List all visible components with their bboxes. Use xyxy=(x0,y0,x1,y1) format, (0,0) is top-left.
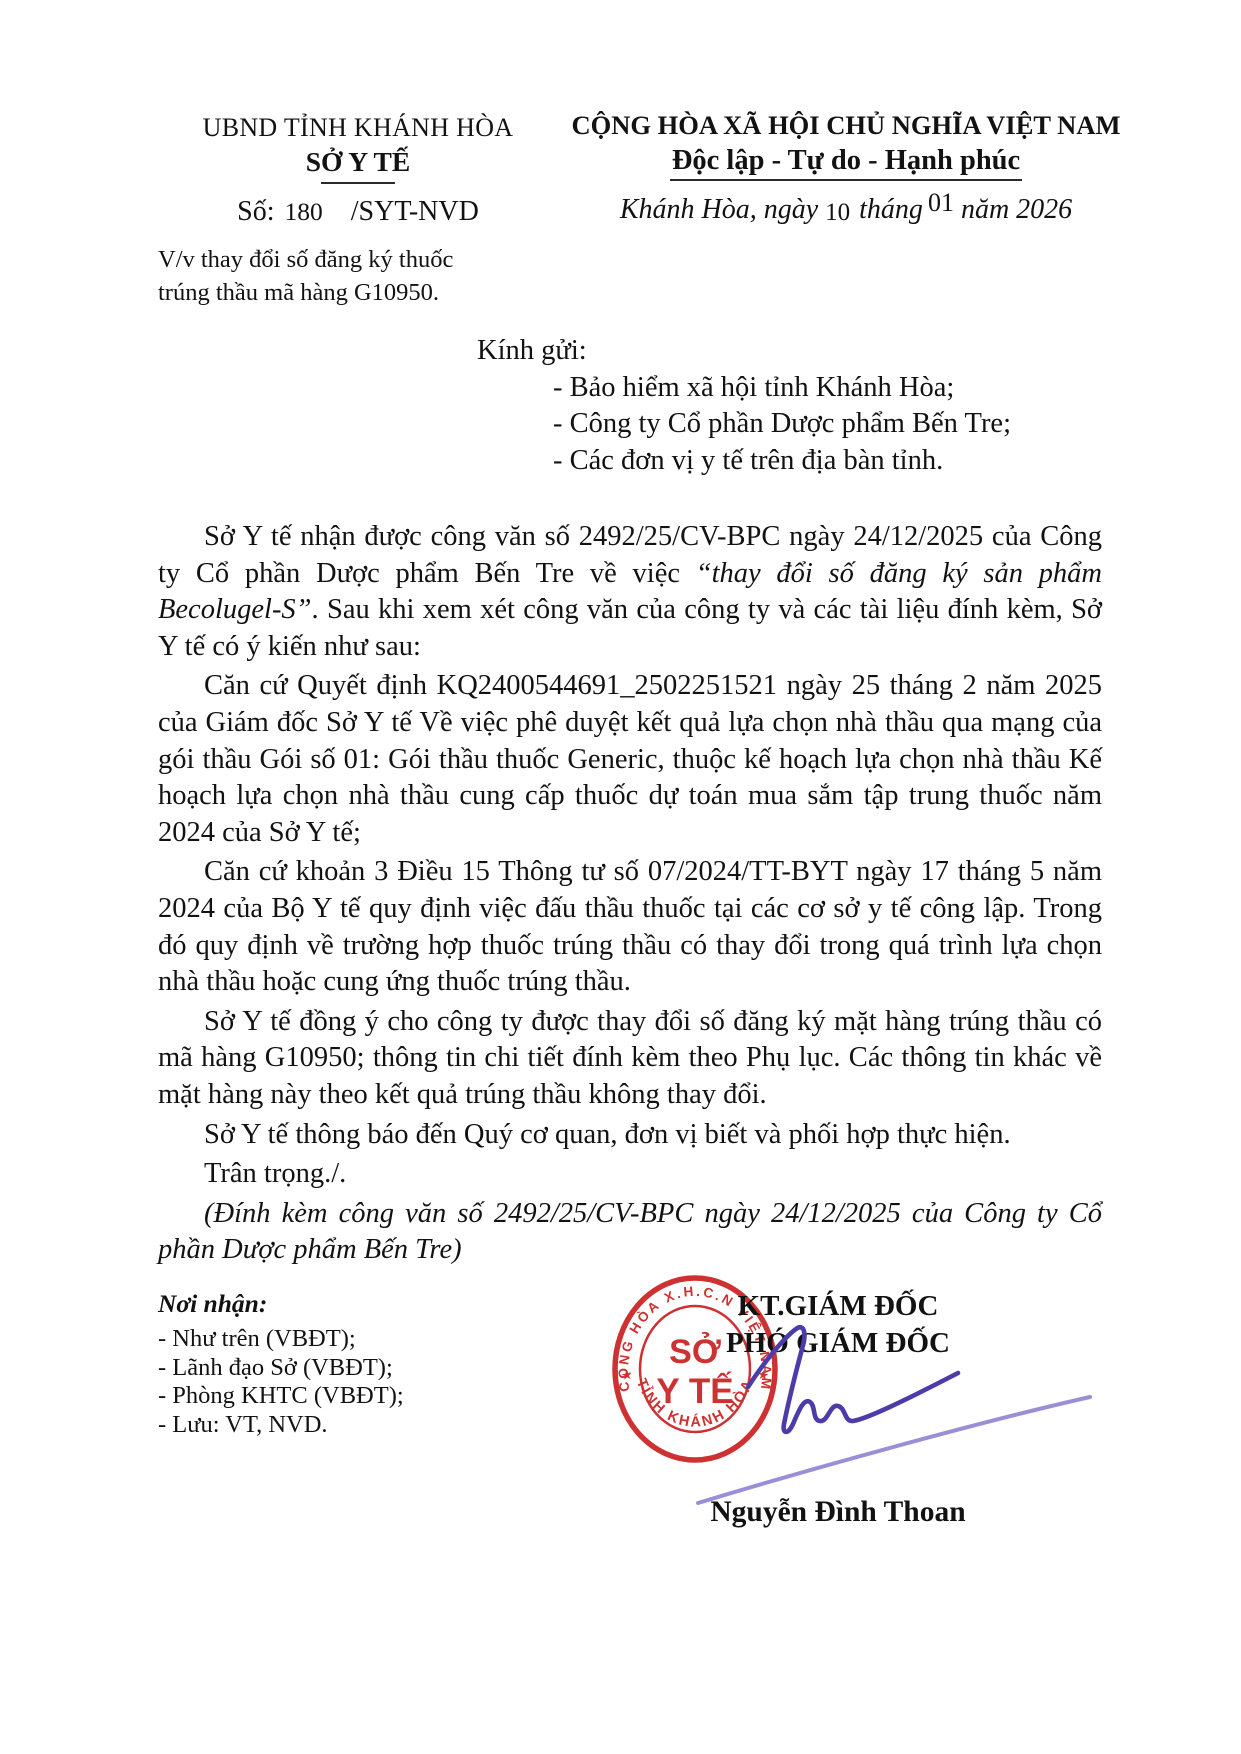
recipients-label: Kính gửi: xyxy=(477,333,1011,370)
letter-body: Sở Y tế nhận được công văn số 2492/25/CV… xyxy=(158,519,1102,1272)
place-date-line: Khánh Hòa, ngày10tháng01năm 2026 xyxy=(563,194,1129,226)
document-number-label: Số: xyxy=(237,196,274,227)
seal-left-star-icon: ★ xyxy=(618,1368,635,1382)
attachment-note: (Đính kèm công văn số 2492/25/CV-BPC ngà… xyxy=(158,1196,1102,1269)
recipient-item: - Các đơn vị y tế trên địa bàn tỉnh. xyxy=(553,443,1011,480)
body-paragraph-4: Sở Y tế đồng ý cho công ty được thay đổi… xyxy=(158,1004,1102,1114)
recipients-list: - Bảo hiểm xã hội tỉnh Khánh Hòa; - Công… xyxy=(553,370,1011,480)
signature-main-stroke xyxy=(748,1327,958,1432)
issuer-block: UBND TỈNH KHÁNH HÒA SỞ Y TẾ Số:180/SYT-N… xyxy=(150,113,566,228)
body-paragraph-2: Căn cứ Quyết định KQ2400544691_250225152… xyxy=(158,668,1102,851)
distribution-item: - Lưu: VT, NVD. xyxy=(158,1411,488,1440)
distribution-item: - Lãnh đạo Sở (VBĐT); xyxy=(158,1354,488,1383)
signature-flourish-stroke xyxy=(698,1397,1090,1503)
handwritten-signature xyxy=(688,1303,1118,1513)
document-number-value: 180 xyxy=(285,197,323,226)
date-month: 01 xyxy=(928,188,954,217)
issuer-underline xyxy=(321,182,395,184)
document-number-line: Số:180/SYT-NVD xyxy=(150,196,566,228)
body-paragraph-5: Sở Y tế thông báo đến Quý cơ quan, đơn v… xyxy=(158,1117,1102,1154)
motto-underline xyxy=(670,179,1022,181)
distribution-label: Nơi nhận: xyxy=(158,1289,488,1319)
distribution-list: - Như trên (VBĐT); - Lãnh đạo Sở (VBĐT);… xyxy=(158,1325,488,1440)
date-day: 10 xyxy=(825,199,850,226)
distribution-item: - Phòng KHTC (VBĐT); xyxy=(158,1382,488,1411)
national-motto: Độc lập - Tự do - Hạnh phúc xyxy=(563,145,1129,177)
document-number-suffix: /SYT-NVD xyxy=(351,196,479,227)
recipient-item: - Công ty Cổ phần Dược phẩm Bến Tre; xyxy=(553,406,1011,443)
body-paragraph-3: Căn cứ khoản 3 Điều 15 Thông tư số 07/20… xyxy=(158,854,1102,1000)
issuer-parent-org: UBND TỈNH KHÁNH HÒA xyxy=(150,113,566,143)
official-letter-page: UBND TỈNH KHÁNH HÒA SỞ Y TẾ Số:180/SYT-N… xyxy=(0,0,1241,1754)
recipient-item: - Bảo hiểm xã hội tỉnh Khánh Hòa; xyxy=(553,370,1011,407)
recipients-block: Kính gửi: - Bảo hiểm xã hội tỉnh Khánh H… xyxy=(477,333,1011,479)
document-subject: V/v thay đổi số đăng ký thuốc trúng thầu… xyxy=(158,243,502,309)
distribution-block: Nơi nhận: - Như trên (VBĐT); - Lãnh đạo … xyxy=(158,1289,488,1440)
national-title: CỘNG HÒA XÃ HỘI CHỦ NGHĨA VIỆT NAM xyxy=(563,110,1129,141)
issuer-department: SỞ Y TẾ xyxy=(150,146,566,178)
distribution-item: - Như trên (VBĐT); xyxy=(158,1325,488,1354)
body-paragraph-1: Sở Y tế nhận được công văn số 2492/25/CV… xyxy=(158,519,1102,665)
date-month-word: tháng xyxy=(859,194,923,225)
date-year: năm 2026 xyxy=(961,194,1072,225)
closing-phrase: Trân trọng./. xyxy=(158,1156,1102,1193)
date-place: Khánh Hòa, ngày xyxy=(620,194,818,225)
national-header-block: CỘNG HÒA XÃ HỘI CHỦ NGHĨA VIỆT NAM Độc l… xyxy=(563,110,1129,226)
